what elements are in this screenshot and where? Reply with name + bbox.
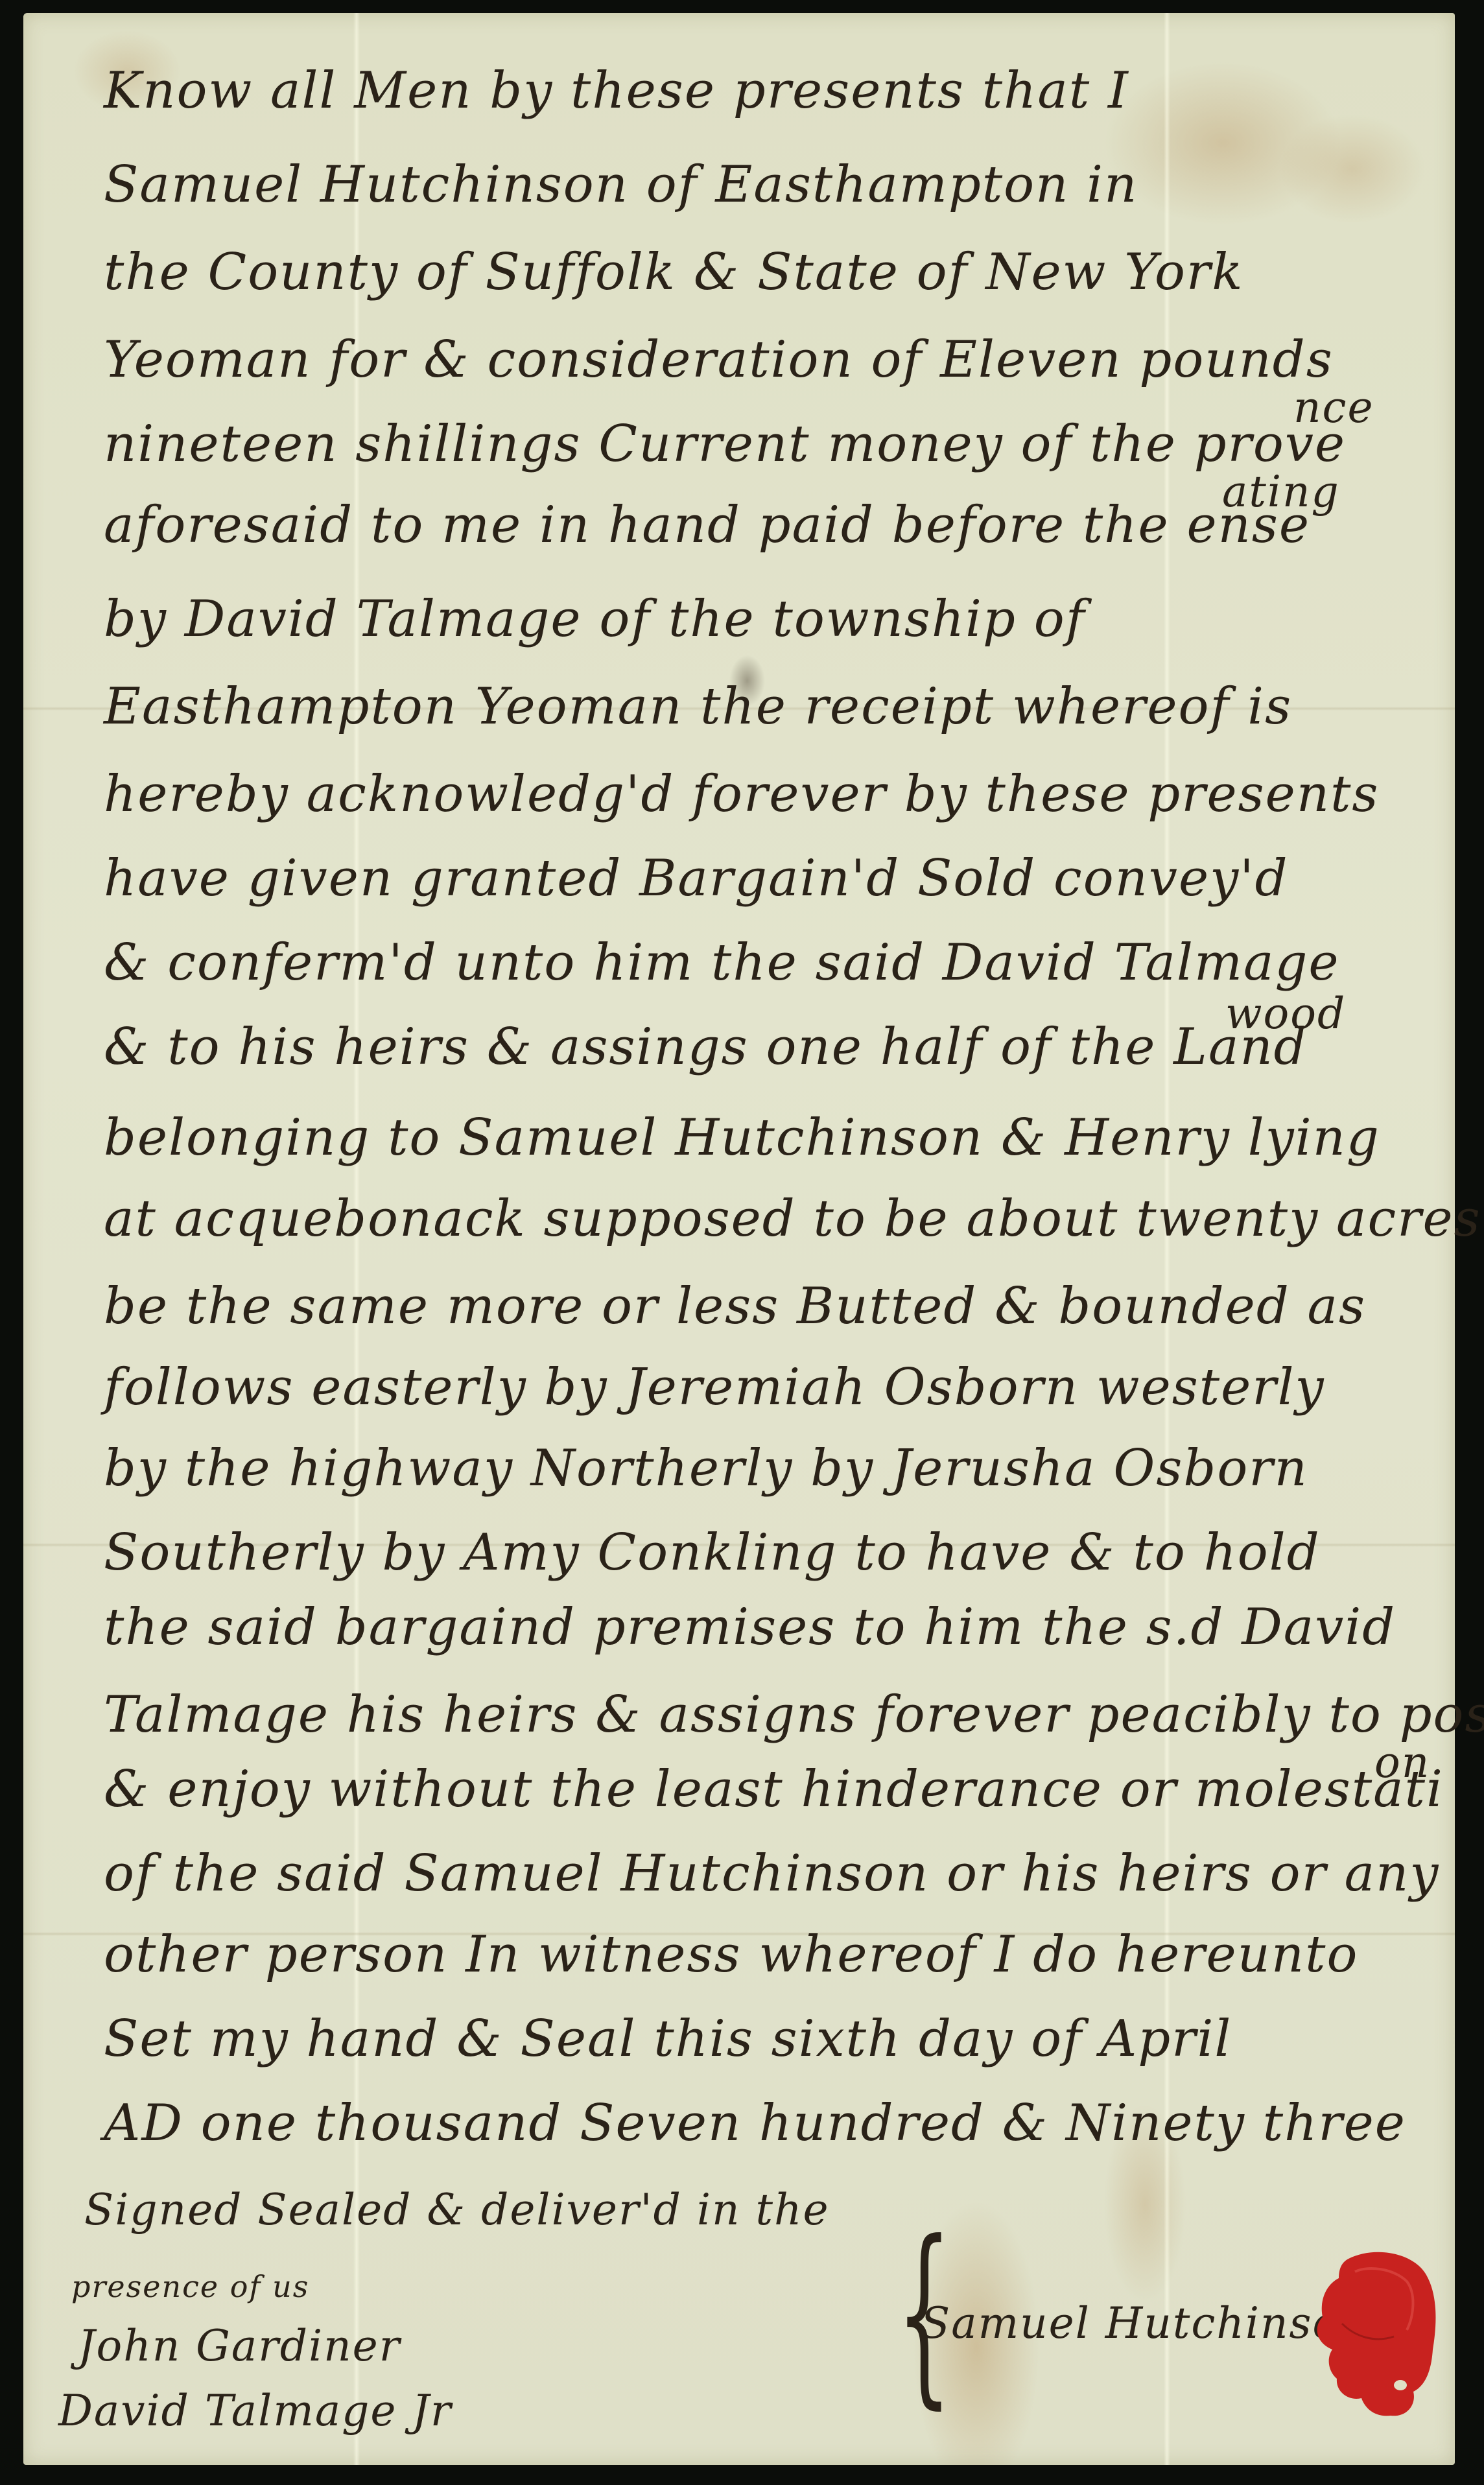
witness-1: John Gardiner bbox=[78, 2321, 401, 2371]
deed-line-13: belonging to Samuel Hutchinson & Henry l… bbox=[104, 1109, 1380, 1167]
deed-line-10: have given granted Bargain'd Sold convey… bbox=[104, 849, 1289, 908]
deed-line-9: hereby acknowledg'd forever by these pre… bbox=[104, 765, 1379, 823]
deed-line-23: other person In witness whereof I do her… bbox=[104, 1926, 1358, 1984]
deed-line-21: & enjoy without the least hinderance or … bbox=[104, 1760, 1444, 1819]
deed-line-8: Easthampton Yeoman the receipt whereof i… bbox=[104, 677, 1292, 736]
attestation-line: presence of us bbox=[71, 2269, 309, 2304]
deed-line-19: the said bargaind premises to him the s.… bbox=[104, 1598, 1396, 1656]
deed-line-3: the County of Suffolk & State of New Yor… bbox=[104, 243, 1243, 301]
deed-line-12: & to his heirs & assings one half of the… bbox=[104, 1018, 1308, 1076]
deed-line-5: nineteen shillings Current money of the … bbox=[104, 415, 1346, 473]
deed-line-15: be the same more or less Butted & bounde… bbox=[104, 1277, 1366, 1336]
deed-line-11: & conferm'd unto him the said David Talm… bbox=[104, 934, 1340, 992]
deed-line-7: by David Talmage of the township of bbox=[104, 590, 1086, 648]
deed-line-6: aforesaid to me in hand paid before the … bbox=[104, 496, 1310, 554]
signature: Samuel Hutchinson bbox=[921, 2298, 1369, 2348]
deed-line-20: Talmage his heirs & assigns forever peac… bbox=[104, 1686, 1484, 1744]
deed-line-18: Southerly by Amy Conkling to have & to h… bbox=[104, 1524, 1321, 1582]
deed-line-1: Know all Men by these presents that I bbox=[104, 62, 1129, 120]
deed-line-4: Yeoman for & consideration of Eleven pou… bbox=[104, 331, 1334, 389]
deed-line-16: follows easterly by Jeremiah Osborn west… bbox=[104, 1358, 1325, 1417]
witness-2: David Talmage Jr bbox=[58, 2386, 452, 2436]
deed-line-14: at acquebonack supposed to be about twen… bbox=[104, 1190, 1481, 1248]
deed-line-17: by the highway Northerly by Jerusha Osbo… bbox=[104, 1439, 1308, 1498]
deed-line-26: Signed Sealed & deliver'd in the bbox=[84, 2185, 830, 2235]
wax-seal-icon bbox=[1303, 2246, 1439, 2421]
deed-line-24: Set my hand & Seal this sixth day of Apr… bbox=[104, 2010, 1232, 2068]
deed-line-22: of the said Samuel Hutchinson or his hei… bbox=[104, 1844, 1439, 1903]
deed-line-25: AD one thousand Seven hundred & Ninety t… bbox=[104, 2094, 1406, 2152]
deed-line-2: Samuel Hutchinson of Easthampton in bbox=[104, 156, 1138, 214]
